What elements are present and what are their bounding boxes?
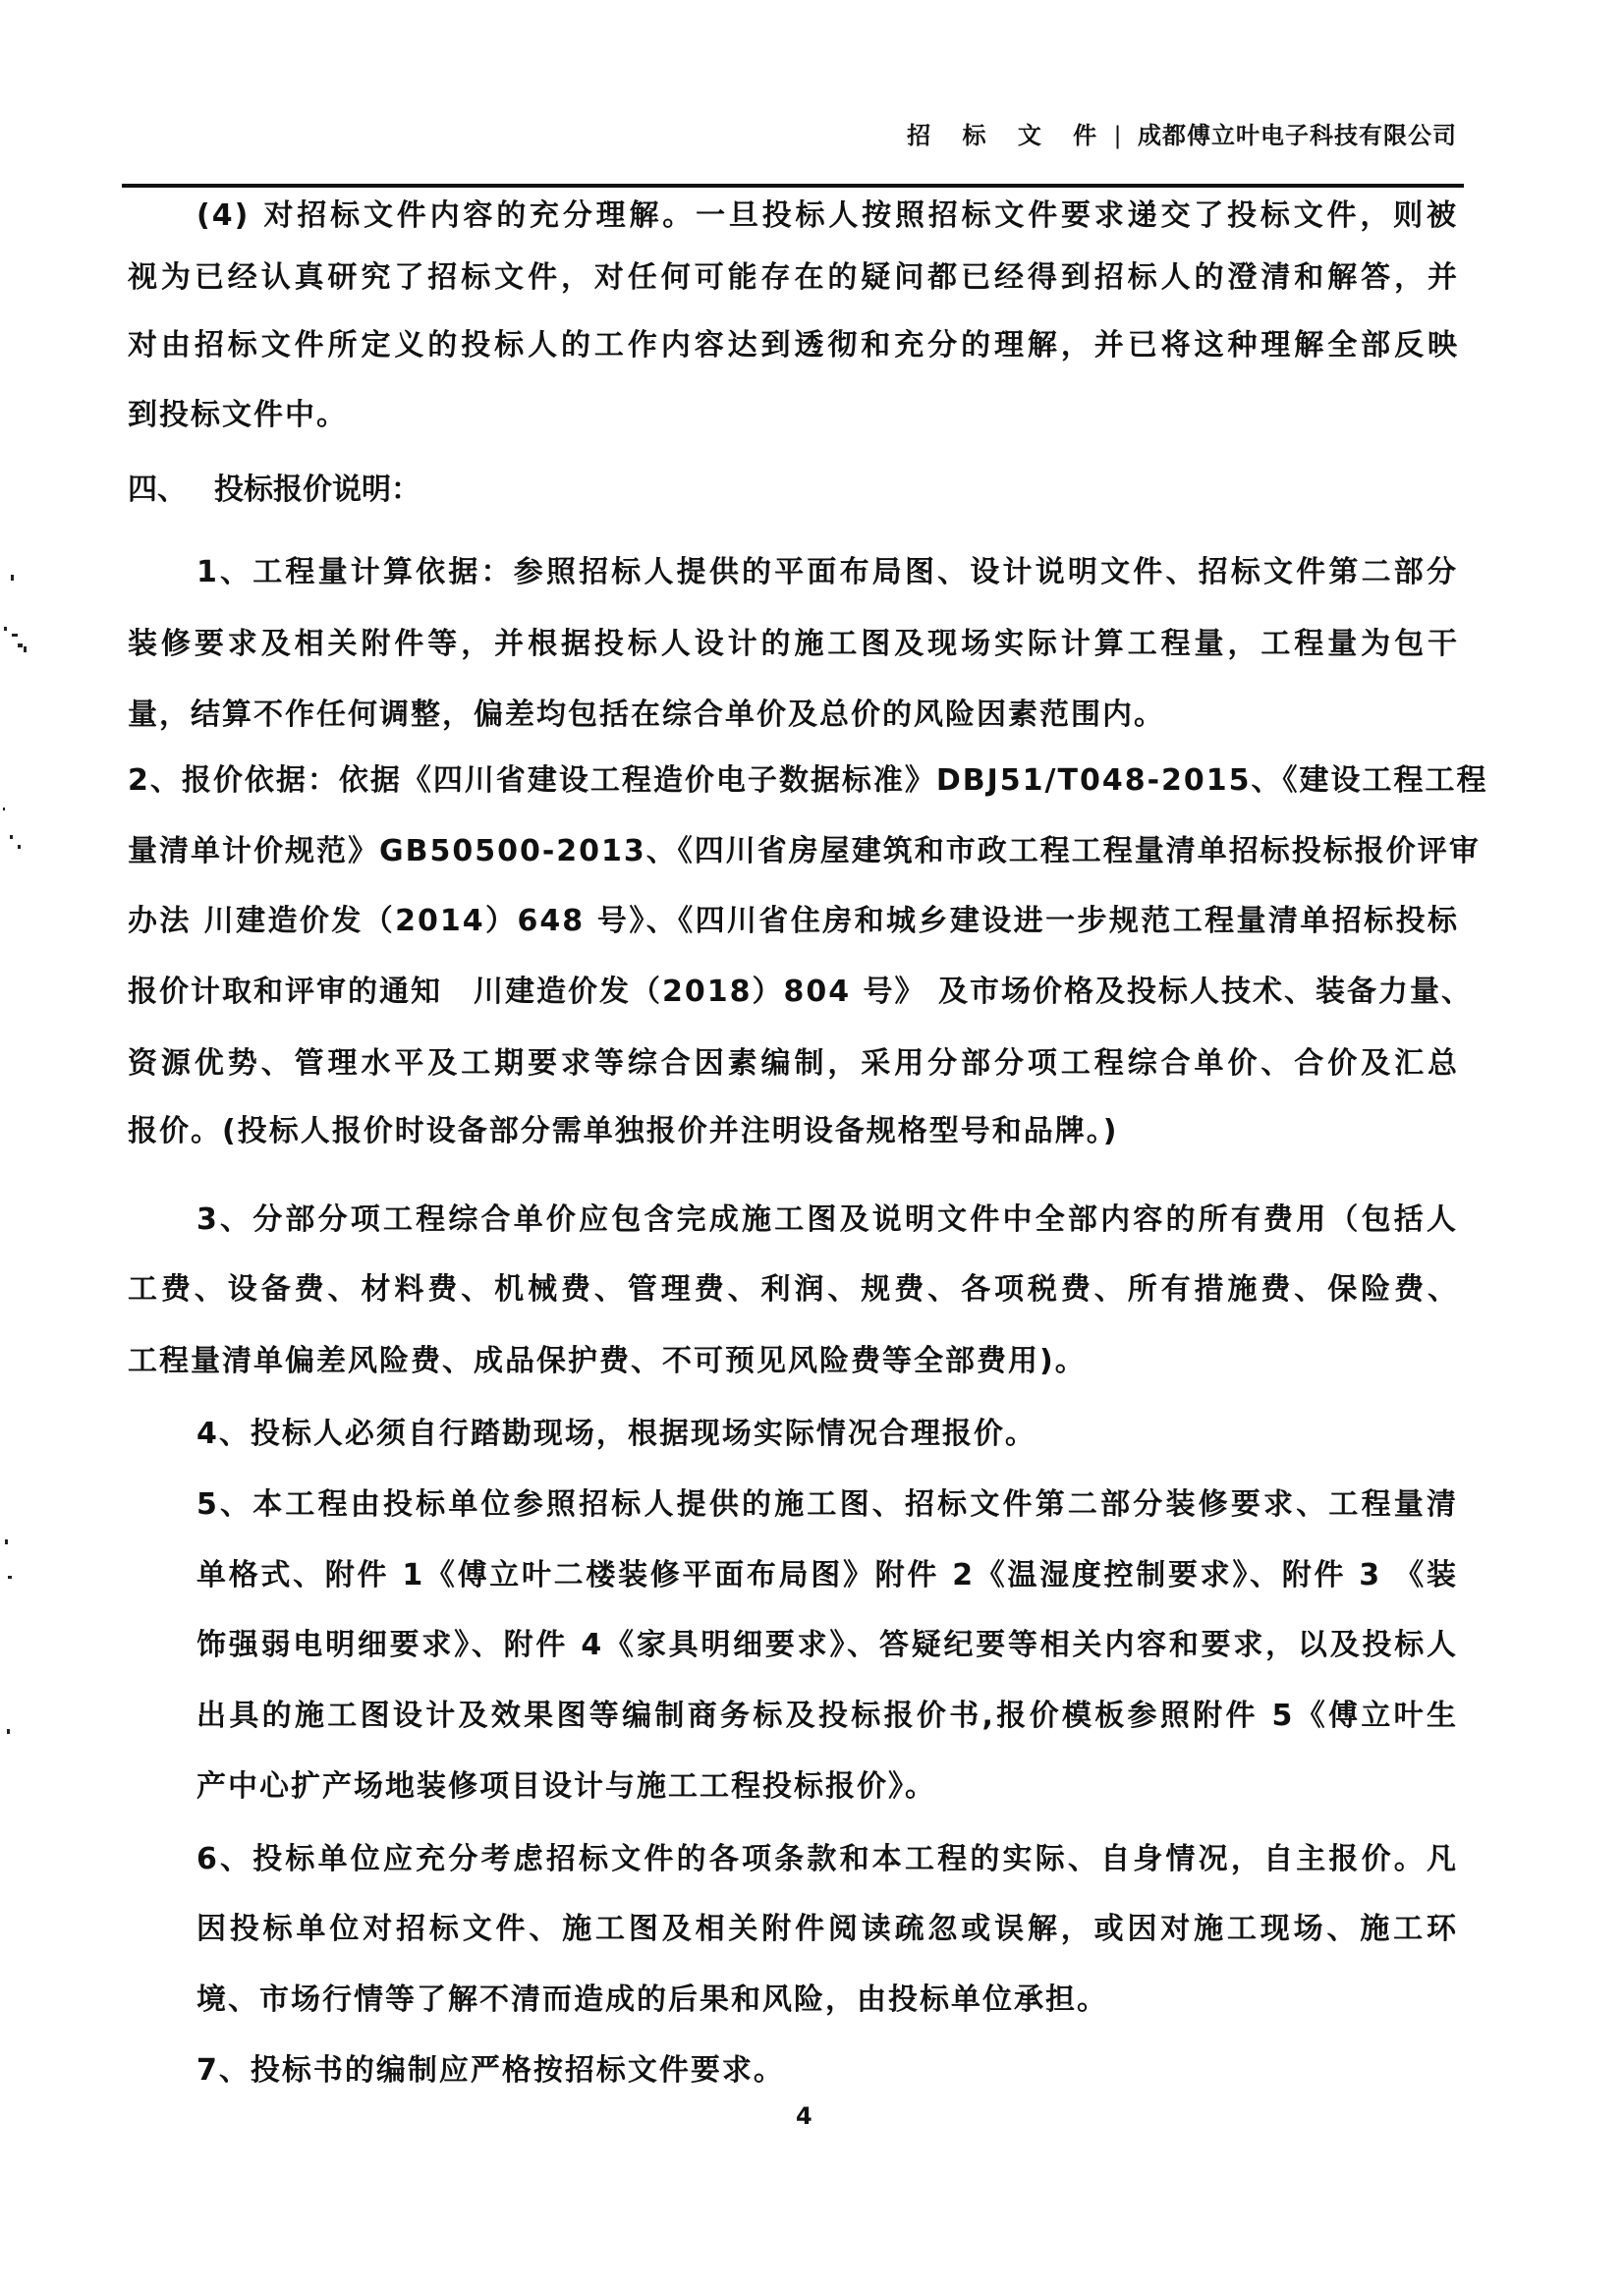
paragraph-line: (4) 对招标文件内容的充分理解。一旦投标人按照招标文件要求递交了投标文件，则被 bbox=[196, 196, 1458, 236]
item-1-line: 装修要求及相关附件等，并根据投标人设计的施工图及现场实际计算工程量，工程量为包干 bbox=[128, 625, 1459, 664]
section-number: 四、 bbox=[128, 473, 187, 507]
item-2-line: 2、报价依据：依据《四川省建设工程造价电子数据标准》DBJ51/T048-201… bbox=[128, 761, 1459, 801]
scan-speck bbox=[18, 845, 21, 849]
item-3-line: 3、分部分项工程综合单价应包含完成施工图及说明文件中全部内容的所有费用（包括人 bbox=[196, 1201, 1458, 1240]
scan-speck bbox=[12, 634, 18, 637]
scan-speck bbox=[5, 1539, 8, 1544]
item-5-line: 5、本工程由投标单位参照招标人提供的施工图、招标文件第二部分装修要求、工程量清 bbox=[196, 1485, 1458, 1525]
scan-speck bbox=[7, 1729, 10, 1734]
item-6-line: 境、市场行情等了解不清而造成的后果和风险，由投标单位承担。 bbox=[196, 1981, 1108, 2020]
item-5-line: 产中心扩产场地装修项目设计与施工工程投标报价》。 bbox=[196, 1767, 936, 1807]
item-2-line: 资源优势、管理水平及工期要求等综合因素编制，采用分部分项工程综合单价、合价及汇总 bbox=[128, 1044, 1459, 1084]
paragraph-line: 到投标文件中。 bbox=[128, 396, 348, 435]
item-1-line: 量，结算不作任何调整，偏差均包括在综合单价及总价的风险因素范围内。 bbox=[128, 696, 1165, 735]
scan-speck bbox=[4, 627, 7, 631]
item-5-line: 饰强弱电明细要求》、附件 4《家具明细要求》、答疑纪要等相关内容和要求，以及投标… bbox=[196, 1626, 1458, 1665]
header-company: 成都傅立叶电子科技有限公司 bbox=[1138, 122, 1457, 149]
item-2-line: 量清单计价规范》GB50500-2013、《四川省房屋建筑和市政工程工程量清单招… bbox=[128, 832, 1459, 871]
paragraph-line: 对由招标文件所定义的投标人的工作内容达到透彻和充分的理解，并已将这种理解全部反映 bbox=[128, 326, 1459, 365]
item-1-line: 1、工程量计算依据：参照招标人提供的平面布局图、设计说明文件、招标文件第二部分 bbox=[196, 553, 1458, 592]
item-3-line: 工费、设备费、材料费、机械费、管理费、利润、规费、各项税费、所有措施费、保险费、 bbox=[128, 1270, 1459, 1310]
scan-speck bbox=[18, 643, 23, 647]
section-title: 投标报价说明： bbox=[214, 473, 420, 507]
scan-speck bbox=[3, 808, 5, 810]
item-2-line: 报价。(投标人报价时设备部分需单独报价并注明设备规格型号和品牌。) bbox=[128, 1112, 1118, 1151]
header-doc-type: 招 标 文 件 bbox=[907, 122, 1108, 149]
scan-speck bbox=[11, 575, 14, 581]
item-7-line: 7、投标书的编制应严格按招标文件要求。 bbox=[196, 2051, 785, 2091]
item-6-line: 6、投标单位应充分考虑招标文件的各项条款和本工程的实际、自身情况，自主报价。凡 bbox=[196, 1840, 1458, 1879]
header-separator: | bbox=[1114, 122, 1123, 149]
item-2-line: 办法 川建造价发（2014）648 号》、《四川省住房和城乡建设进一步规范工程量… bbox=[128, 902, 1459, 941]
item-2-line: 报价计取和评审的通知 川建造价发（2018）804 号》 及市场价格及投标人技术… bbox=[128, 973, 1459, 1012]
item-6-line: 因投标单位对招标文件、施工图及相关附件阅读疏忽或误解，或因对施工现场、施工环 bbox=[196, 1910, 1458, 1949]
item-3-line: 工程量清单偏差风险费、成品保护费、不可预见风险费等全部费用)。 bbox=[128, 1342, 1087, 1381]
scan-speck bbox=[24, 646, 27, 652]
item-5-line: 单格式、附件 1《傅立叶二楼装修平面布局图》附件 2《温湿度控制要求》、附件 3… bbox=[196, 1556, 1458, 1595]
item-5-line: 出具的施工图设计及效果图等编制商务标及投标报价书,报价模板参照附件 5《傅立叶生 bbox=[196, 1697, 1458, 1736]
page-number: 4 bbox=[796, 2102, 812, 2130]
paragraph-line: 视为已经认真研究了招标文件，对任何可能存在的疑问都已经得到招标人的澄清和解答，并 bbox=[128, 258, 1459, 298]
item-4-line: 4、投标人必须自行踏勘现场，根据现场实际情况合理报价。 bbox=[196, 1415, 1036, 1454]
scan-speck bbox=[8, 1576, 12, 1579]
header-divider bbox=[122, 184, 1464, 188]
document-page: 招 标 文 件 | 成都傅立叶电子科技有限公司 (4) 对招标文件内容的充分理解… bbox=[0, 0, 1624, 2290]
scan-speck bbox=[10, 835, 13, 839]
section-heading: 四、投标报价说明： bbox=[128, 471, 420, 510]
page-header: 招 标 文 件 | 成都傅立叶电子科技有限公司 bbox=[907, 116, 1457, 150]
